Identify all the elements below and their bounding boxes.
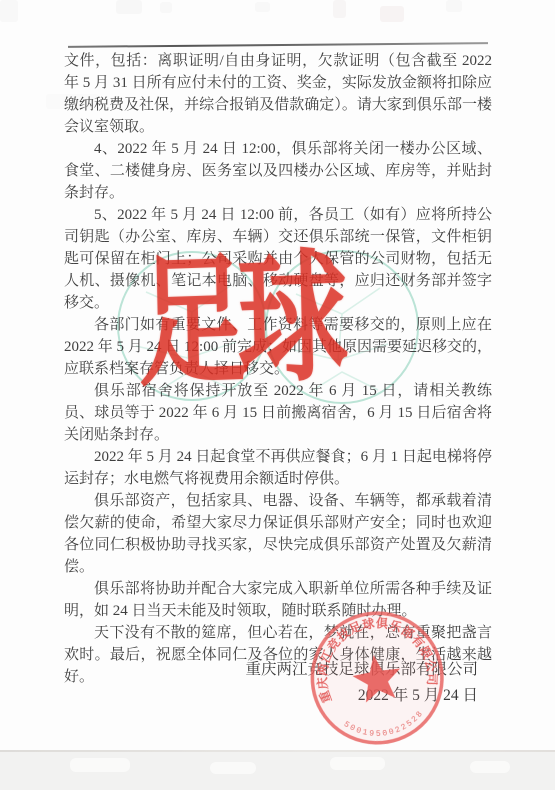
scan-smudge <box>333 0 346 18</box>
scan-edge-line <box>68 42 488 48</box>
document-paragraph: 俱乐部宿舍将保持开放至 2022 年 6 月 15 日，请相关教练员、球员等于 … <box>64 380 492 446</box>
scan-smudge <box>255 2 270 12</box>
scan-smudge <box>446 0 462 12</box>
scan-smudge <box>160 2 172 13</box>
document-paragraph: 4、2022 年 5 月 24 日 12:00，俱乐部将关闭一楼办公区域、食堂、… <box>64 138 492 204</box>
scan-background-band <box>0 752 555 790</box>
document-paragraph: 各部门如有重要文件、工作资料等需要移交的，原则上应在 2022 年 5 月 24… <box>64 314 492 380</box>
scan-smudge <box>0 0 18 22</box>
scan-smudge <box>116 0 142 14</box>
scanned-document-page: 文件，包括：离职证明/自由身证明，欠款证明（包含截至 2022 年 5 月 31… <box>0 0 555 790</box>
scan-smudge <box>470 761 510 773</box>
scan-smudge <box>70 758 130 772</box>
scan-smudge <box>330 757 385 770</box>
scan-smudge <box>380 6 404 22</box>
document-paragraph: 俱乐部资产，包括家具、电器、设备、车辆等，都承载着清偿欠薪的使命，希望大家尽力保… <box>64 490 492 578</box>
document-paragraph: 文件，包括：离职证明/自由身证明，欠款证明（包含截至 2022 年 5 月 31… <box>64 50 492 138</box>
company-seal: 重庆两江竞技足球俱乐部有限公司 5001950022528 <box>284 584 469 769</box>
document-paragraph: 5、2022 年 5 月 24 日 12:00 前，各员工（如有）应将所持公司钥… <box>64 204 492 314</box>
scan-smudge <box>210 762 256 774</box>
document-paragraph: 2022 年 5 月 24 日起食堂不再供应餐食；6 月 1 日起电梯将停运封存… <box>64 446 492 490</box>
